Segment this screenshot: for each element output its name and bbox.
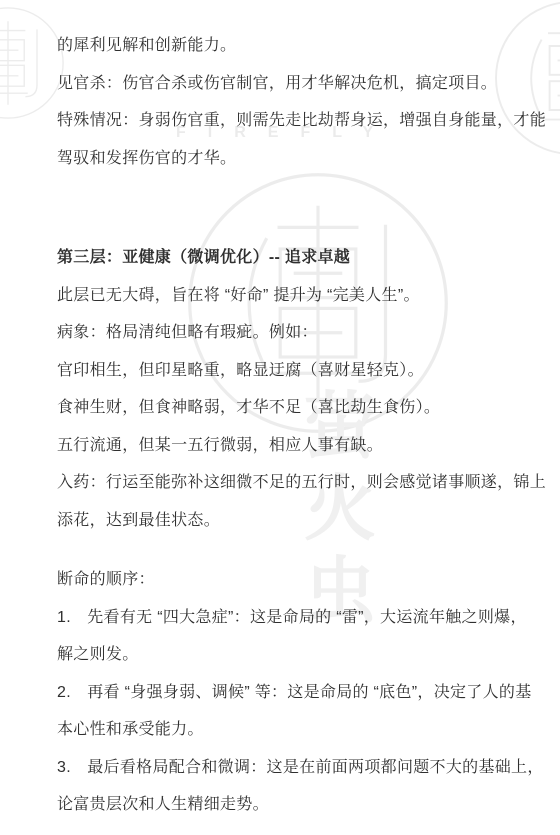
text-line: 添花，达到最佳状态。 bbox=[57, 502, 527, 540]
text-line: 特殊情况：身弱伤官重，则需先走比劫帮身运，增强自身能量，才能 bbox=[57, 102, 527, 140]
text-line: 五行流通，但某一五行微弱，相应人事有缺。 bbox=[57, 427, 527, 465]
text-line: 的犀利见解和创新能力。 bbox=[57, 27, 527, 65]
document-content: 的犀利见解和创新能力。见官杀：伤官合杀或伤官制官，用才华解决危机，搞定项目。特殊… bbox=[57, 27, 527, 824]
text-line: 病象：格局清纯但略有瑕疵。例如： bbox=[57, 314, 527, 352]
text-line: 3. 最后看格局配合和微调：这是在前面两项都问题不大的基础上， bbox=[57, 749, 527, 787]
order-heading: 断命的顺序： bbox=[57, 561, 527, 599]
text-line: 食神生财，但食神略弱，才华不足（喜比劫生食伤）。 bbox=[57, 389, 527, 427]
text-line: 此层已无大碍，旨在将 “好命” 提升为 “完美人生”。 bbox=[57, 277, 527, 315]
order-item-1: 1. 先看有无 “四大急症”：这是命局的 “雷”，大运流年触之则爆，解之则发。 bbox=[57, 599, 527, 674]
text-line: 论富贵层次和人生精细走势。 bbox=[57, 786, 527, 824]
order-item-2: 2. 再看 “身强身弱、调候” 等：这是命局的 “底色”，决定了人的基本心性和承… bbox=[57, 674, 527, 749]
text-line: 入药：行运至能弥补这细微不足的五行时，则会感觉诸事顺遂，锦上 bbox=[57, 464, 527, 502]
intro-line-2: 见官杀：伤官合杀或伤官制官，用才华解决危机，搞定项目。 bbox=[57, 65, 527, 103]
text-line: 断命的顺序： bbox=[57, 561, 527, 599]
symptom-lead: 病象：格局清纯但略有瑕疵。例如： bbox=[57, 314, 527, 352]
text-line: 本心性和承受能力。 bbox=[57, 711, 527, 749]
intro-special-case: 特殊情况：身弱伤官重，则需先走比劫帮身运，增强自身能量，才能驾驭和发挥伤官的才华… bbox=[57, 102, 527, 177]
text-line: 驾驭和发挥伤官的才华。 bbox=[57, 140, 527, 178]
intro-line-1: 的犀利见解和创新能力。 bbox=[57, 27, 527, 65]
text-line: 见官杀：伤官合杀或伤官制官，用才华解决危机，搞定项目。 bbox=[57, 65, 527, 103]
section-intro: 此层已无大碍，旨在将 “好命” 提升为 “完美人生”。 bbox=[57, 277, 527, 315]
text-line: 官印相生，但印星略重，略显迂腐（喜财星轻克）。 bbox=[57, 352, 527, 390]
symptom-example-3: 五行流通，但某一五行微弱，相应人事有缺。 bbox=[57, 427, 527, 465]
text-line: 2. 再看 “身强身弱、调候” 等：这是命局的 “底色”，决定了人的基 bbox=[57, 674, 527, 712]
text-line: 1. 先看有无 “四大急症”：这是命局的 “雷”，大运流年触之则爆， bbox=[57, 599, 527, 637]
section-heading: 第三层：亚健康（微调优化）-- 追求卓越 bbox=[57, 239, 527, 277]
remedy: 入药：行运至能弥补这细微不足的五行时，则会感觉诸事顺遂，锦上添花，达到最佳状态。 bbox=[57, 464, 527, 539]
text-line: 第三层：亚健康（微调优化）-- 追求卓越 bbox=[57, 239, 527, 277]
order-item-3: 3. 最后看格局配合和微调：这是在前面两项都问题不大的基础上，论富贵层次和人生精… bbox=[57, 749, 527, 824]
text-line: 解之则发。 bbox=[57, 636, 527, 674]
symptom-example-1: 官印相生，但印星略重，略显迂腐（喜财星轻克）。 bbox=[57, 352, 527, 390]
symptom-example-2: 食神生财，但食神略弱，才华不足（喜比劫生食伤）。 bbox=[57, 389, 527, 427]
